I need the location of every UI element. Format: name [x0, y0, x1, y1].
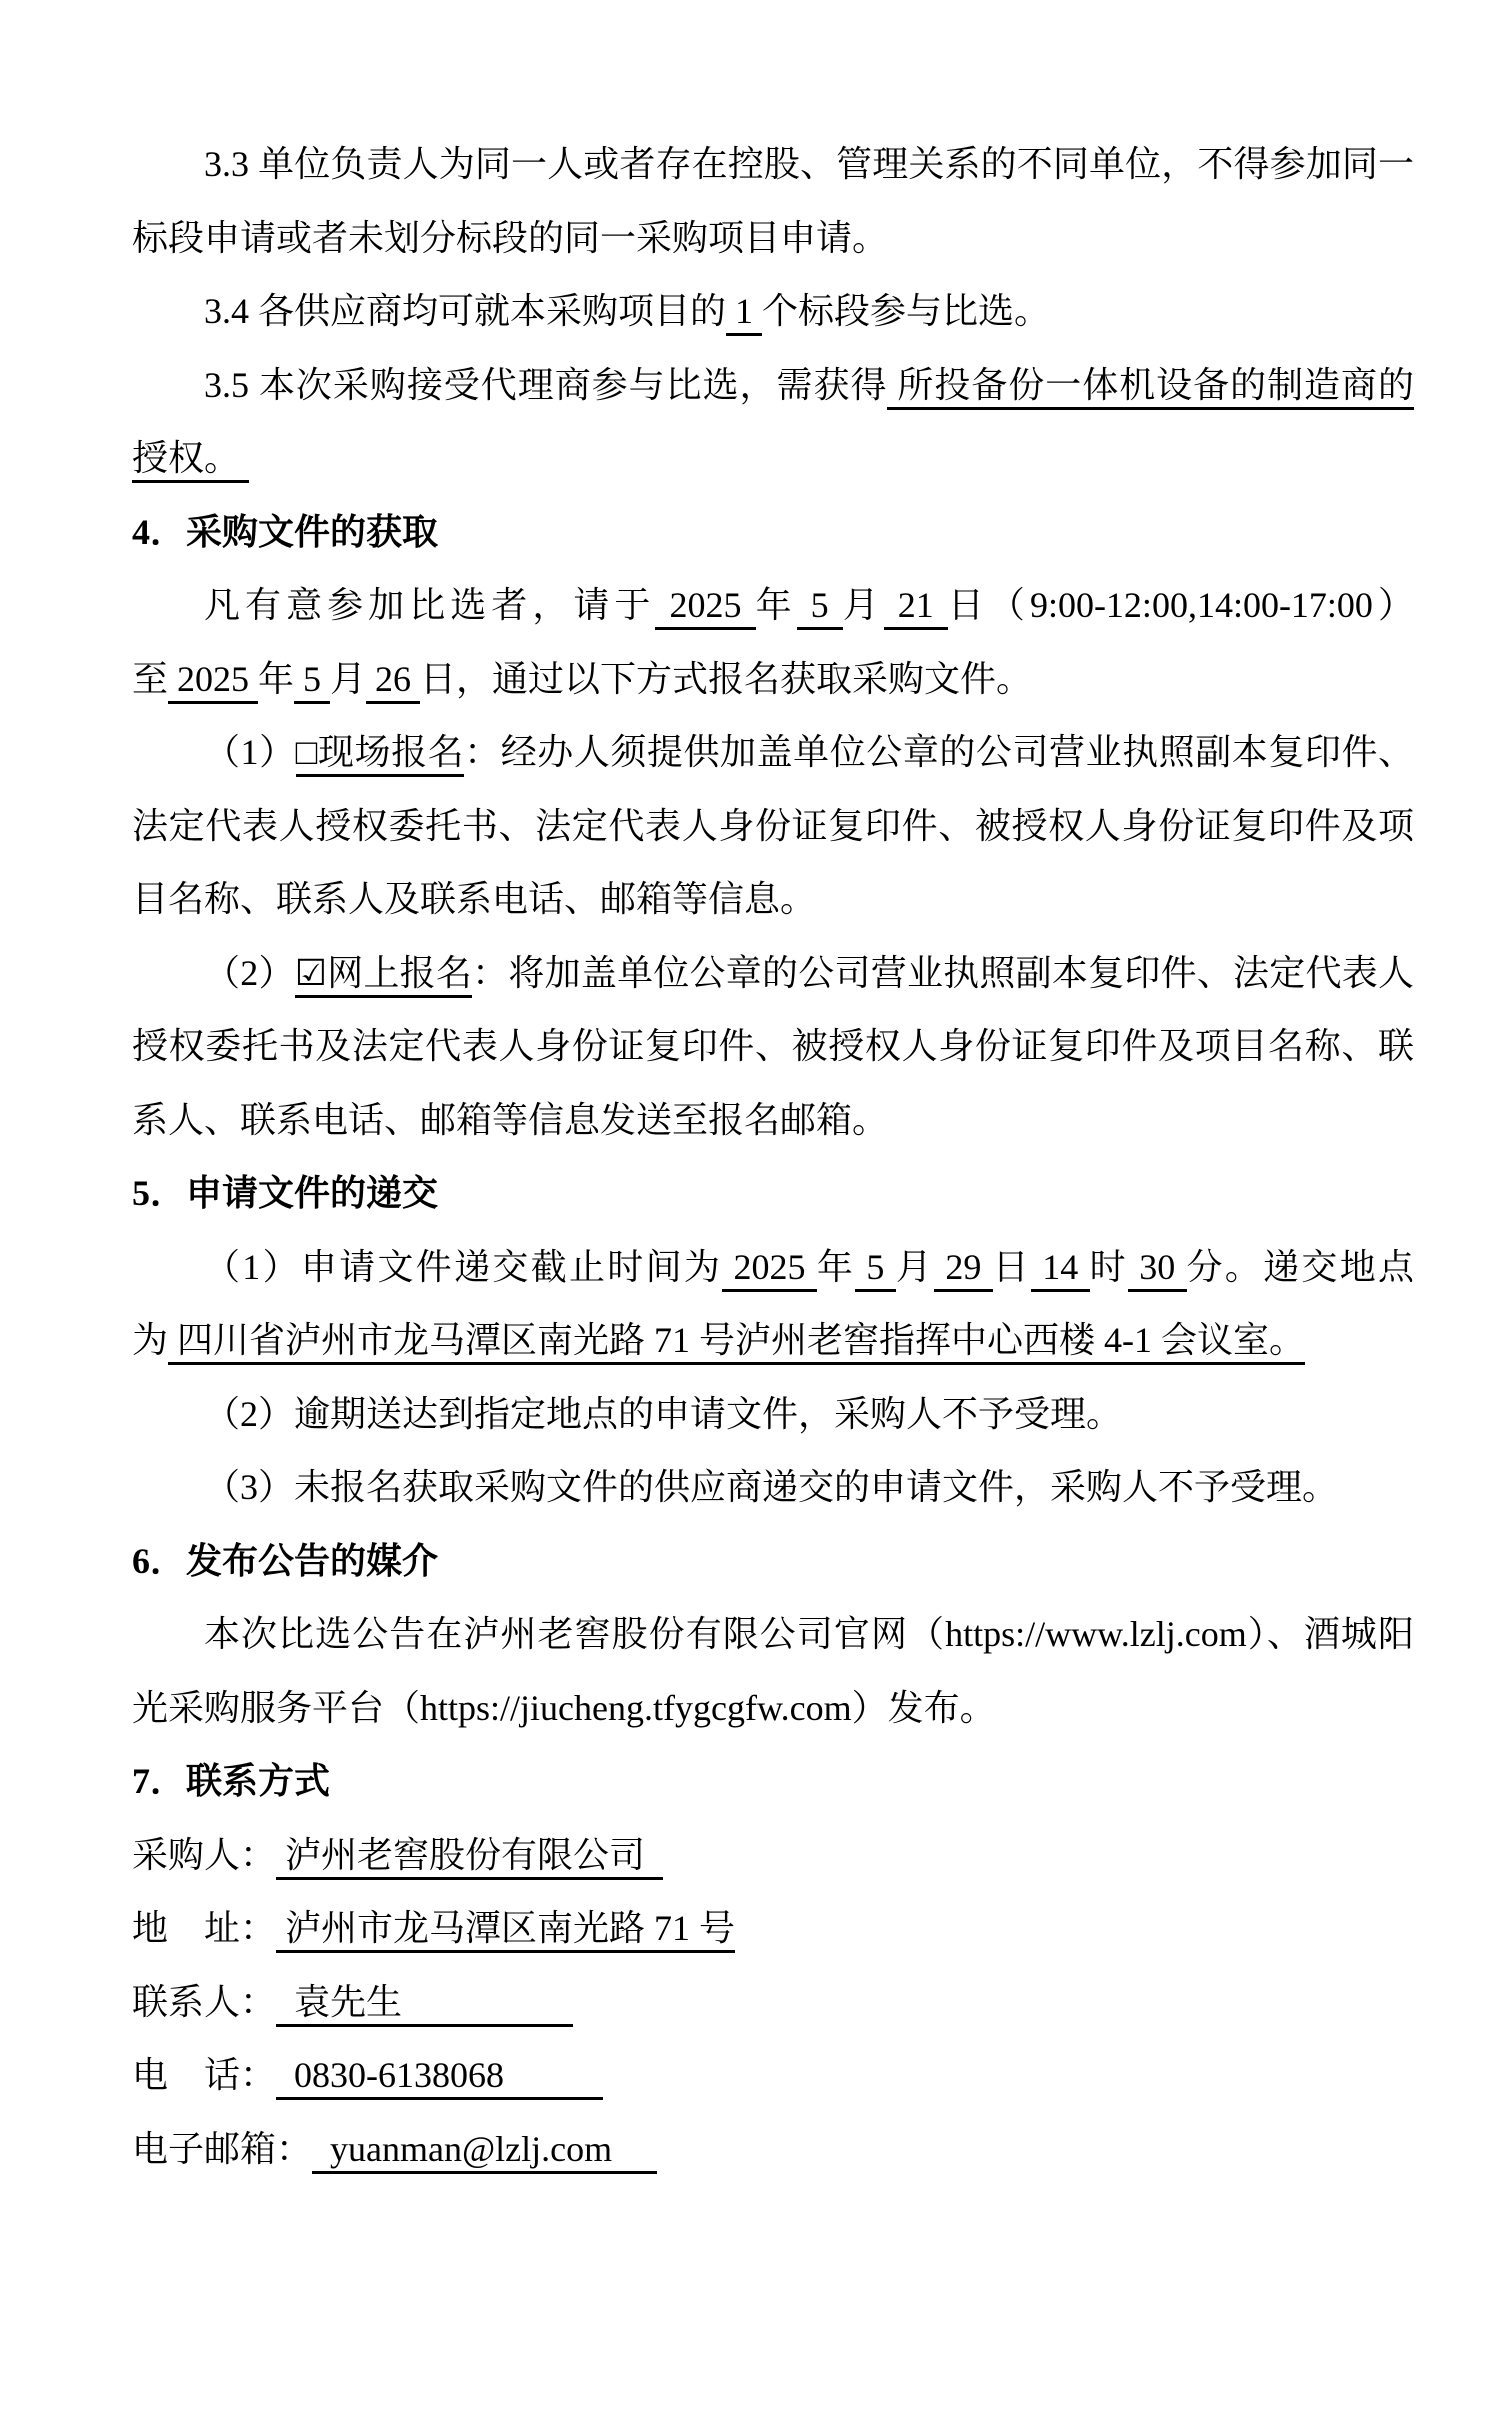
text-run: 分。递交地	[1187, 1247, 1379, 1287]
underlined-text: 30	[1128, 1247, 1187, 1292]
underlined-text: 5	[797, 585, 843, 630]
text-run: （1）申请文件递交截止时间为	[204, 1247, 722, 1287]
text-run: 采购人：	[132, 1835, 276, 1875]
underlined-text: ☑网上报名	[295, 953, 472, 998]
text-run: 7．联系方式	[132, 1761, 330, 1801]
text-run: 凡有意参加比选者，请于	[204, 585, 655, 625]
text-run: 联系人：	[132, 1982, 276, 2022]
procurement-notice-page: 3.3 单位负责人为同一人或者存在控股、管理关系的不同单位，不得参加同一标段申请…	[0, 0, 1500, 2429]
text-run: 年	[258, 659, 294, 699]
paragraph: 3.3 单位负责人为同一人或者存在控股、管理关系的不同单位，不得参加同一标段申请…	[132, 128, 1414, 275]
underlined-text: 四川省泸州市龙马潭区南光路 71 号泸州老窖指挥中心西楼 4-1 会议室。	[168, 1320, 1305, 1365]
underlined-text: 泸州市龙马潭区南光路 71 号	[276, 1908, 735, 1953]
text-run: （2）	[204, 953, 295, 993]
text-run: 月	[843, 585, 884, 625]
underlined-text: 1	[726, 291, 762, 336]
contact-line: 地 址： 泸州市龙马潭区南光路 71 号	[132, 1892, 1414, 1966]
section-heading: 6．发布公告的媒介	[132, 1525, 1414, 1599]
text-run: 5．申请文件的递交	[132, 1173, 438, 1213]
paragraph: 凡有意参加比选者，请于 2025 年 5 月 21 日（9:00-12:00,1…	[132, 569, 1414, 716]
underlined-text: 泸州老窖股份有限公司	[276, 1835, 663, 1880]
underlined-text: 29	[934, 1247, 993, 1292]
text-run: （3）未报名获取采购文件的供应商递交的申请文件，采购人不予受理。	[204, 1467, 1338, 1507]
contact-line: 联系人： 袁先生	[132, 1966, 1414, 2040]
section-heading: 7．联系方式	[132, 1745, 1414, 1819]
paragraph: （3）未报名获取采购文件的供应商递交的申请文件，采购人不予受理。	[132, 1451, 1414, 1525]
underlined-text: 14	[1031, 1247, 1090, 1292]
section-heading: 4．采购文件的获取	[132, 496, 1414, 570]
underlined-text: 0830-6138068	[276, 2055, 603, 2100]
underlined-text: 21	[884, 585, 948, 630]
text-run: （1）	[204, 732, 296, 772]
text-run: 3.5 本次采购接受代理商参与比选，需获得	[204, 365, 887, 405]
text-run: 电子邮箱：	[132, 2129, 312, 2169]
text-run: （2）逾期送达到指定地点的申请文件，采购人不予受理。	[204, 1394, 1122, 1434]
text-run: 个标段参与比选。	[762, 291, 1050, 331]
text-run: 3.4 各供应商均可就本采购项目的	[204, 291, 726, 331]
underlined-text: 2025	[655, 585, 755, 630]
text-run: 年	[756, 585, 797, 625]
paragraph: （2）☑网上报名：将加盖单位公章的公司营业执照副本复印件、法定代表人授权委托书及…	[132, 937, 1414, 1158]
paragraph: 本次比选公告在泸州老窖股份有限公司官网（https://www.lzlj.com…	[132, 1598, 1414, 1745]
paragraph: （1）申请文件递交截止时间为 2025 年 5 月 29 日 14 时 30 分…	[132, 1231, 1414, 1378]
text-run: 年	[817, 1247, 855, 1287]
text-run: 6．发布公告的媒介	[132, 1541, 438, 1581]
paragraph: （2）逾期送达到指定地点的申请文件，采购人不予受理。	[132, 1378, 1414, 1452]
underlined-text: 袁先生	[276, 1982, 573, 2027]
contact-line: 电 话： 0830-6138068	[132, 2039, 1414, 2113]
text-run: 时	[1090, 1247, 1128, 1287]
text-run: 4．采购文件的获取	[132, 512, 438, 552]
underlined-text: 5	[294, 659, 330, 704]
underlined-text: 2025	[722, 1247, 817, 1292]
paragraph: 3.4 各供应商均可就本采购项目的 1 个标段参与比选。	[132, 275, 1414, 349]
text-run: 3.3 单位负责人为同一人或者存在控股、管理关系的不同单位，不得参加同一标段申请…	[132, 144, 1414, 258]
text-run: 日，通过以下方式报名获取采购文件。	[420, 659, 1032, 699]
paragraph: （1）□现场报名：经办人须提供加盖单位公章的公司营业执照副本复印件、法定代表人授…	[132, 716, 1414, 937]
section-heading: 5．申请文件的递交	[132, 1157, 1414, 1231]
underlined-text: □现场报名	[296, 732, 465, 777]
text-run: 电 话：	[132, 2055, 276, 2095]
text-run: 月	[330, 659, 366, 699]
underlined-text: 2025	[168, 659, 258, 704]
text-run: 本次比选公告在泸州老窖股份有限公司官网（https://www.lzlj.com…	[132, 1614, 1414, 1728]
text-run: 月	[896, 1247, 934, 1287]
underlined-text: 5	[855, 1247, 896, 1292]
text-run: 日	[993, 1247, 1031, 1287]
underlined-text: yuanman@lzlj.com	[312, 2129, 657, 2174]
document-body: 3.3 单位负责人为同一人或者存在控股、管理关系的不同单位，不得参加同一标段申请…	[132, 128, 1414, 2186]
text-run: 地 址：	[132, 1908, 276, 1948]
contact-line: 采购人： 泸州老窖股份有限公司	[132, 1819, 1414, 1893]
contact-line: 电子邮箱： yuanman@lzlj.com	[132, 2113, 1414, 2187]
paragraph: 3.5 本次采购接受代理商参与比选，需获得 所投备份一体机设备的制造商的授权。	[132, 349, 1414, 496]
underlined-text: 26	[366, 659, 420, 704]
